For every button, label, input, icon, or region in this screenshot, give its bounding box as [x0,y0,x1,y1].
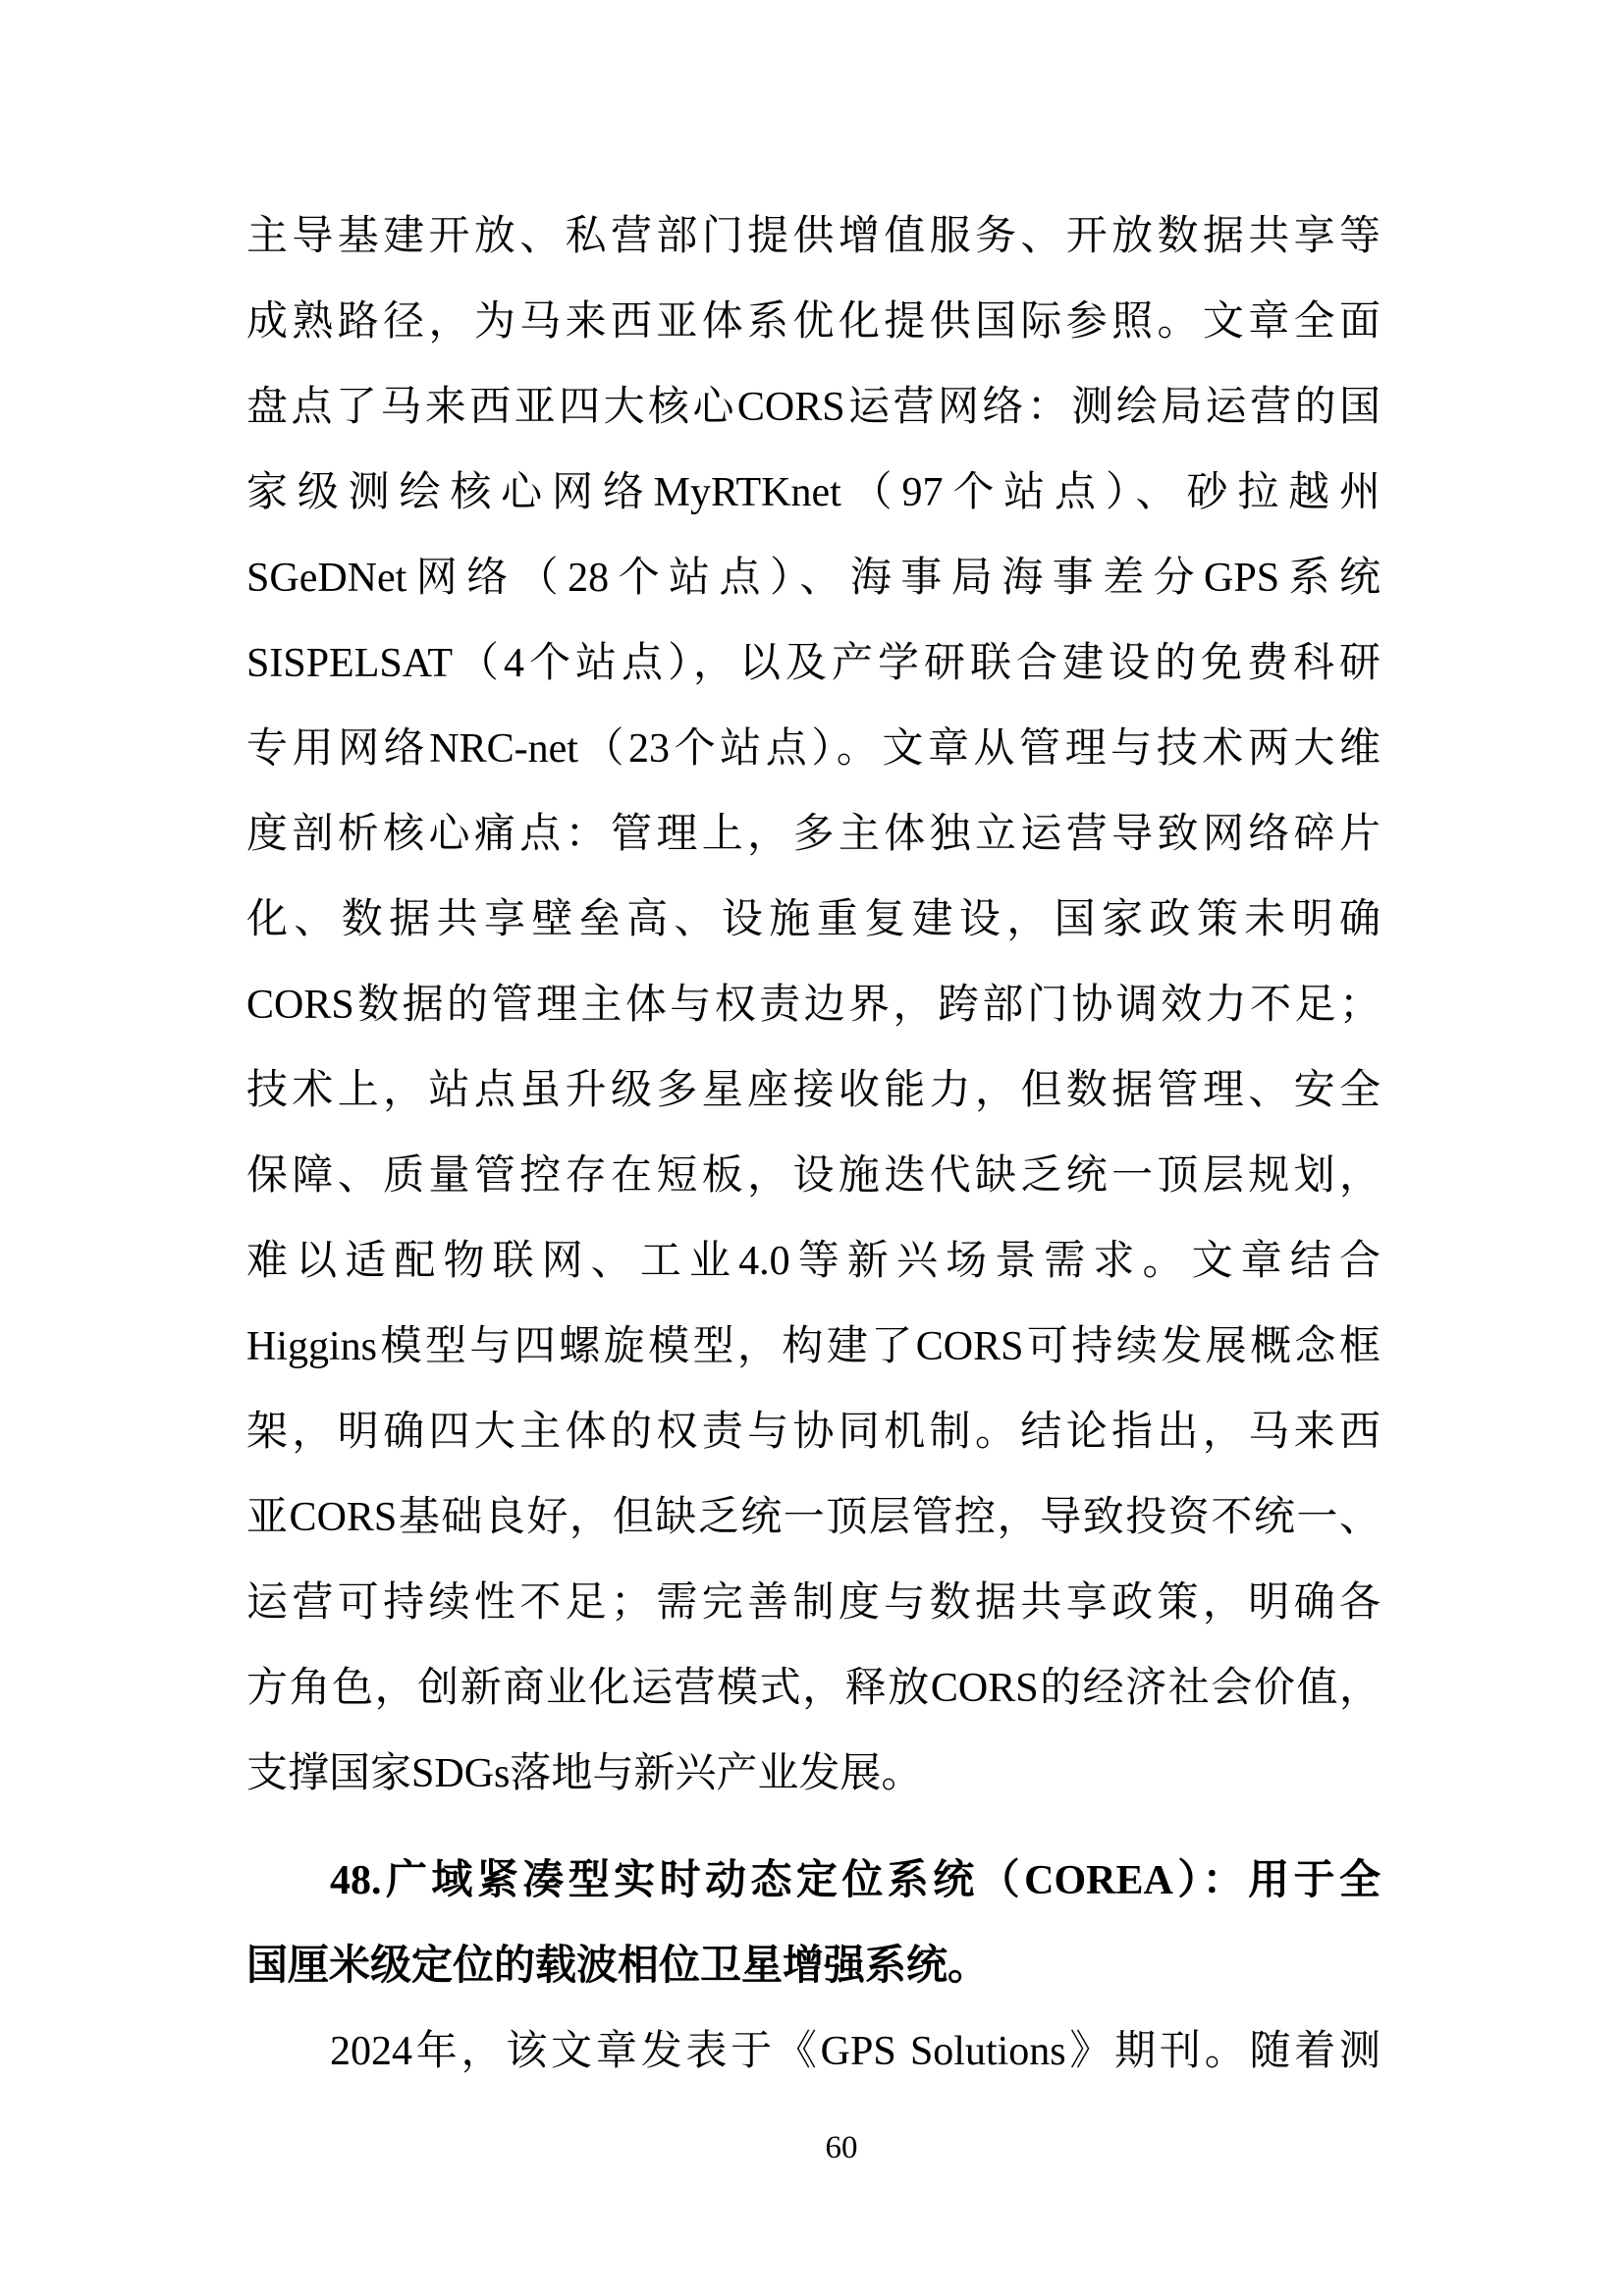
text-line: SISPELSAT（4个站点），以及产学研联合建设的免费科研 [246,621,1380,707]
paragraph-article-48-intro: 2024年，该文章发表于《GPS Solutions》期刊。随着测 [246,2009,1380,2095]
text-line: 亚CORS基础良好，但缺乏统一顶层管控，导致投资不统一、 [246,1475,1380,1561]
text-line: 架，明确四大主体的权责与协同机制。结论指出，马来西 [246,1390,1380,1475]
text-line: 专用网络NRC-net（23个站点）。文章从管理与技术两大维 [246,707,1380,792]
text-line: 支撑国家SDGs落地与新兴产业发展。 [246,1732,1380,1817]
text-line: 48.广域紧凑型实时动态定位系统（COREA）：用于全 [246,1839,1380,1924]
page-number: 60 [826,2130,858,2165]
text-line: CORS数据的管理主体与权责边界，跨部门协调效力不足； [246,963,1380,1048]
text-line: 方角色，创新商业化运营模式，释放CORS的经济社会价值， [246,1646,1380,1732]
page-footer: 60 [0,2128,1624,2167]
heading-article-48: 48.广域紧凑型实时动态定位系统（COREA）：用于全国厘米级定位的载波相位卫星… [246,1839,1380,2009]
text-line: 保障、质量管控存在短板，设施迭代缺乏统一顶层规划， [246,1134,1380,1219]
paragraph-cors-malaysia-summary: 主导基建开放、私营部门提供增值服务、开放数据共享等成熟路径，为马来西亚体系优化提… [246,194,1380,1817]
text-line: Higgins模型与四螺旋模型，构建了CORS可持续发展概念框 [246,1305,1380,1390]
page-content: 主导基建开放、私营部门提供增值服务、开放数据共享等成熟路径，为马来西亚体系优化提… [246,194,1380,2095]
document-page: 主导基建开放、私营部门提供增值服务、开放数据共享等成熟路径，为马来西亚体系优化提… [0,0,1624,2296]
text-line: 国厘米级定位的载波相位卫星增强系统。 [246,1924,1380,2009]
text-line: 运营可持续性不足；需完善制度与数据共享政策，明确各 [246,1561,1380,1646]
text-line: 化、数据共享壁垒高、设施重复建设，国家政策未明确 [246,878,1380,963]
text-line: 难以适配物联网、工业4.0等新兴场景需求。文章结合 [246,1219,1380,1305]
text-line: 技术上，站点虽升级多星座接收能力，但数据管理、安全 [246,1048,1380,1134]
text-line: 主导基建开放、私营部门提供增值服务、开放数据共享等 [246,194,1380,280]
text-line: SGeDNet网络（28个站点）、海事局海事差分GPS系统 [246,536,1380,621]
text-line: 盘点了马来西亚四大核心CORS运营网络：测绘局运营的国 [246,365,1380,451]
text-line: 度剖析核心痛点：管理上，多主体独立运营导致网络碎片 [246,792,1380,878]
text-line: 成熟路径，为马来西亚体系优化提供国际参照。文章全面 [246,280,1380,365]
text-line: 家级测绘核心网络MyRTKnet（97个站点）、砂拉越州 [246,451,1380,536]
text-line: 2024年，该文章发表于《GPS Solutions》期刊。随着测 [246,2009,1380,2095]
